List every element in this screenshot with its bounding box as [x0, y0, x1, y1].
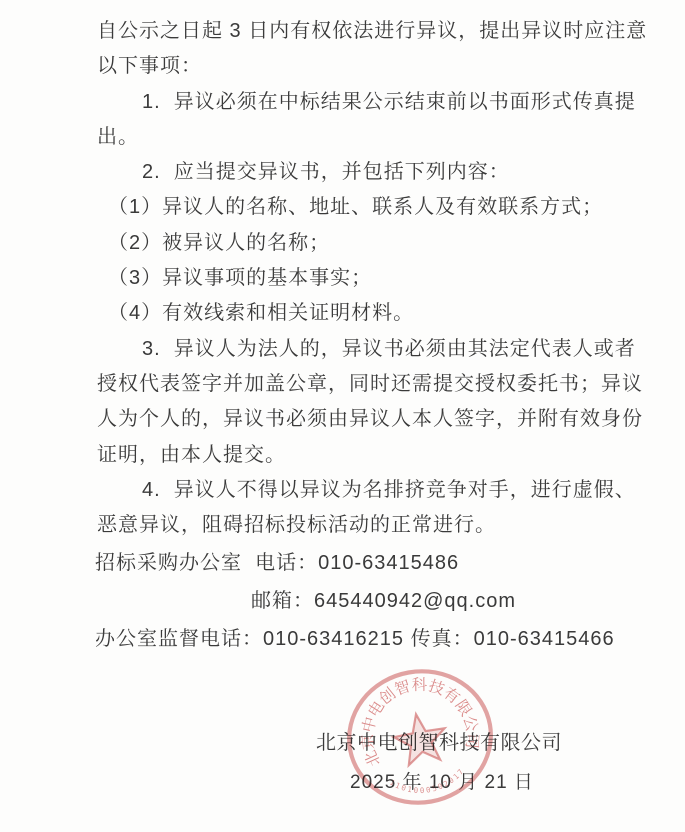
- doc-text-line: 自公示之日起 3 日内有权依法进行异议，提出异议时应注意: [97, 14, 657, 49]
- doc-text-line: 办公室监督电话：010-63416215 传真：010-63415466: [95, 620, 655, 658]
- doc-text-line: 以下事项：: [97, 49, 657, 84]
- doc-text-line: 人为个人的，异议书必须由异议人本人签字，并附有效身份: [97, 402, 657, 437]
- doc-text-line: （3）异议事项的基本事实；: [97, 261, 657, 296]
- doc-text-line: （4）有效线索和相关证明材料。: [97, 296, 657, 331]
- doc-text-line: 3. 异议人为法人的，异议书必须由其法定代表人或者: [97, 332, 657, 367]
- doc-text-line: 招标采购办公室 电话：010-63415486: [95, 544, 655, 582]
- doc-text-line: 邮箱：645440942@qq.com: [95, 582, 655, 620]
- document-page: 自公示之日起 3 日内有权依法进行异议，提出异议时应注意以下事项：1. 异议必须…: [0, 0, 685, 832]
- doc-text-line: 2. 应当提交异议书，并包括下列内容：: [97, 155, 657, 190]
- doc-text-line: 证明，由本人提交。: [97, 438, 657, 473]
- doc-text-line: 授权代表签字并加盖公章，同时还需提交授权委托书；异议: [97, 367, 657, 402]
- doc-text-line: 4. 异议人不得以异议为名排挤竞争对手，进行虚假、: [97, 473, 657, 508]
- signature-company: 北京中电创智科技有限公司: [316, 726, 562, 755]
- contact-info: 招标采购办公室 电话：010-63415486邮箱：645440942@qq.c…: [95, 544, 655, 658]
- doc-text-line: （2）被异议人的名称；: [97, 226, 657, 261]
- signature-date: 2025 年 10 月 21 日: [350, 767, 534, 794]
- document-body: 自公示之日起 3 日内有权依法进行异议，提出异议时应注意以下事项：1. 异议必须…: [97, 14, 657, 543]
- doc-text-line: 恶意异议，阻碍招标投标活动的正常进行。: [97, 508, 657, 543]
- doc-text-line: （1）异议人的名称、地址、联系人及有效联系方式；: [97, 190, 657, 225]
- doc-text-line: 出。: [97, 120, 657, 155]
- doc-text-line: 1. 异议必须在中标结果公示结束前以书面形式传真提: [97, 85, 657, 120]
